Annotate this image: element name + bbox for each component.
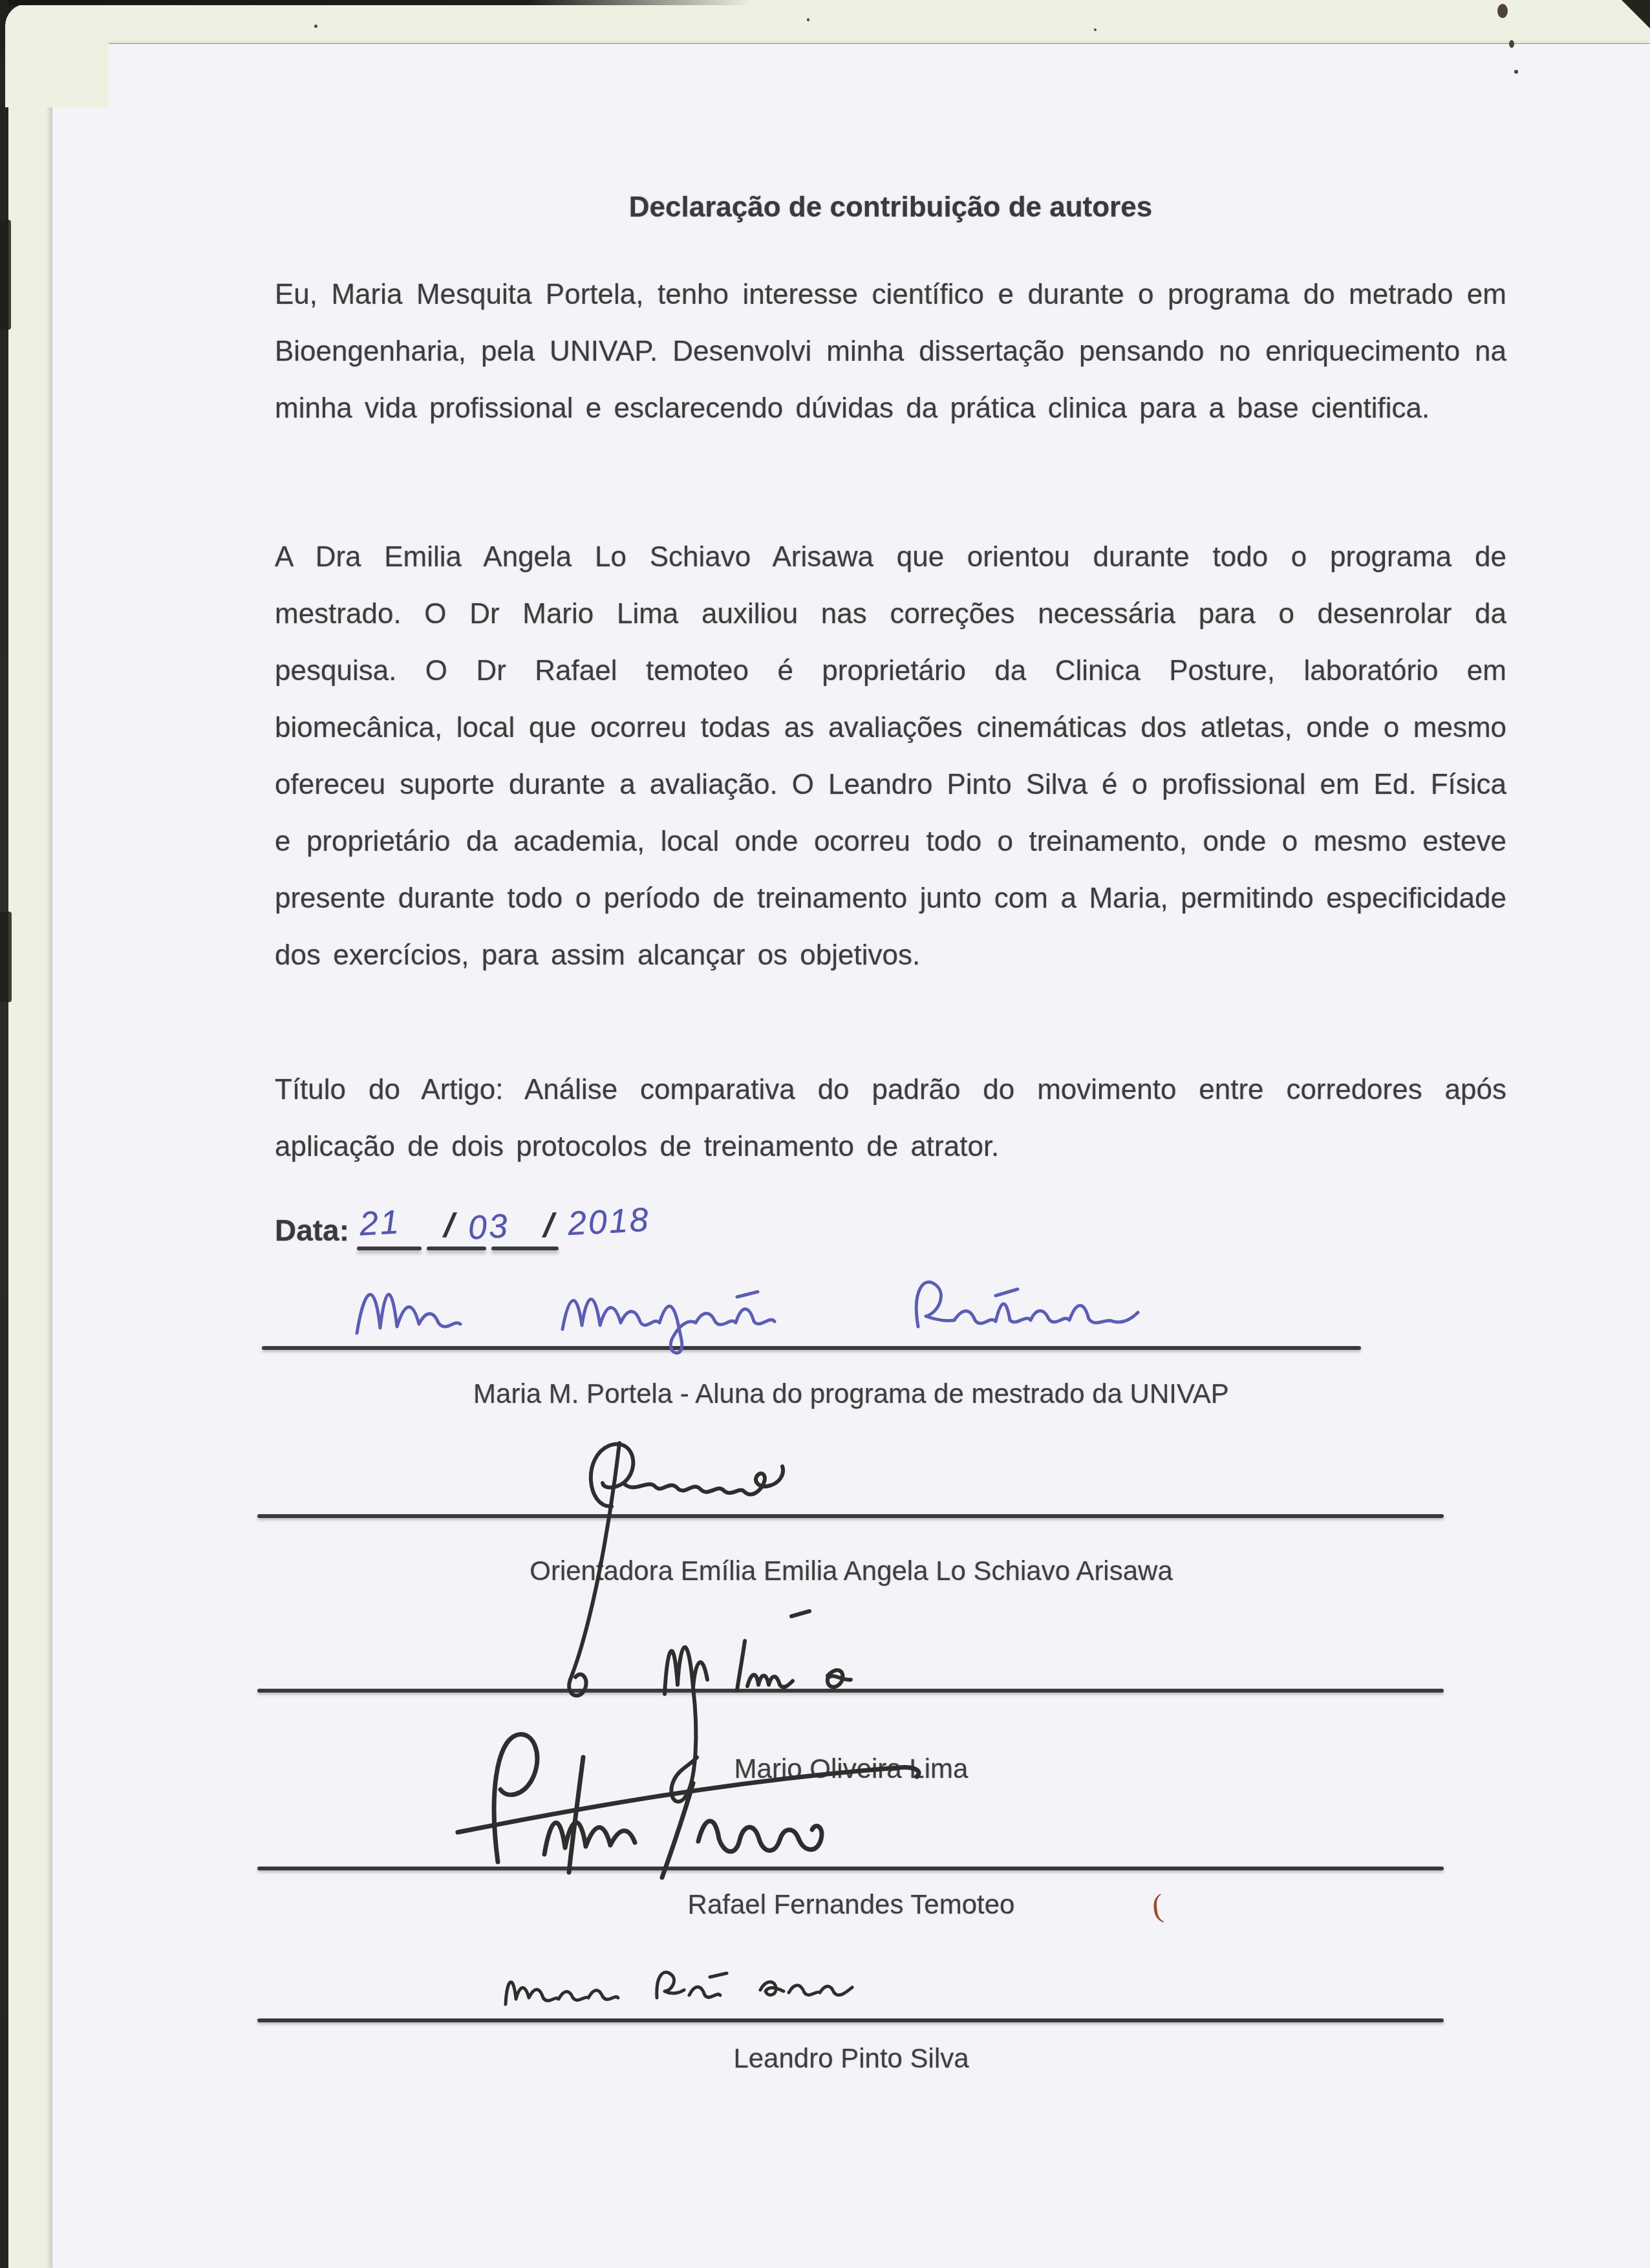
scanner-edge-top	[8, 0, 752, 5]
signature-label-maria: Maria M. Portela - Aluna do programa de …	[259, 1378, 1444, 1409]
scan-blemish	[0, 220, 11, 330]
date-label: Data:	[275, 1213, 349, 1248]
scanner-corner-top-right	[1622, 0, 1650, 28]
date-day-blank	[357, 1246, 422, 1250]
dust-speck	[807, 18, 809, 21]
signature-label-leandro: Leandro Pinto Silva	[259, 2043, 1444, 2074]
document-title: Declaração de contribuição de autores	[275, 191, 1506, 224]
dust-speck	[1094, 28, 1097, 31]
dust-speck	[1509, 40, 1514, 48]
paragraph-article-title: Título do Artigo: Análise comparativa do…	[275, 1062, 1506, 1175]
paragraph-intro: Eu, Maria Mesquita Portela, tenho intere…	[275, 266, 1506, 437]
date-year-blank	[491, 1246, 559, 1250]
handwritten-month: 03	[467, 1206, 510, 1247]
scanner-edge-left	[0, 0, 8, 2268]
signature-leandro-handwriting	[497, 1952, 872, 2025]
signature-maria-handwriting	[349, 1257, 1144, 1355]
paragraph-contributors: A Dra Emilia Angela Lo Schiavo Arisawa q…	[275, 529, 1506, 984]
dust-speck	[314, 25, 317, 28]
dust-speck	[1514, 70, 1518, 74]
handwritten-day: 21	[358, 1203, 402, 1243]
scanned-declaration-page: Declaração de contribuição de autores Eu…	[0, 0, 1650, 2268]
signature-label-rafael: Rafael Fernandes Temoteo	[259, 1889, 1444, 1920]
dust-speck	[1497, 4, 1508, 18]
scan-blemish	[0, 912, 12, 1002]
handwritten-year: 2018	[567, 1201, 652, 1244]
backing-sheet-corner	[5, 4, 109, 107]
signature-rafael-handwriting	[420, 1717, 937, 1881]
